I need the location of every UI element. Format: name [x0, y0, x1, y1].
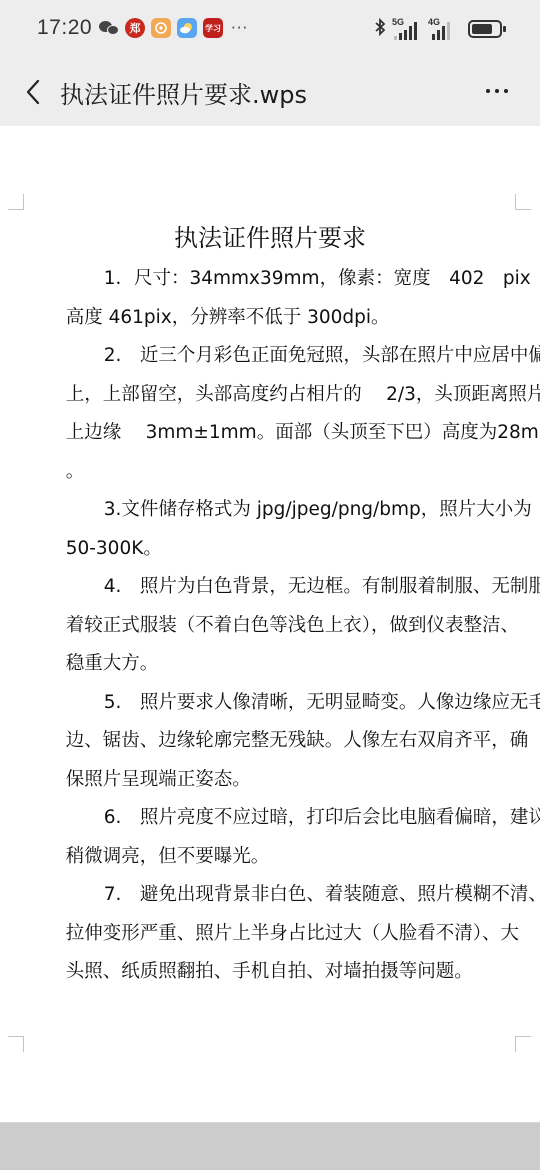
signal-5g-icon: 5G — [392, 18, 422, 40]
text-line: 。 — [25, 453, 517, 492]
more-options-button[interactable] — [480, 76, 514, 106]
orange-app-icon — [151, 18, 171, 38]
status-time: 17:20 — [37, 16, 92, 40]
text-line: 高度 461pix，分辨率不低于 300dpi。 — [25, 299, 517, 338]
paragraph-3: 3.文件储存格式为 jpg/jpeg/png/bmp，照片大小为 50-300K… — [25, 491, 517, 568]
text-line: 3.文件储存格式为 jpg/jpeg/png/bmp，照片大小为 — [25, 491, 517, 530]
more-dot — [504, 89, 508, 93]
page-gap-background — [0, 1122, 540, 1170]
text-line: 上边缘 3mm±1mm。面部（头顶至下巴）高度为28mm — [25, 414, 517, 453]
text-line: 边、锯齿、边缘轮廓完整无残缺。人像左右双肩齐平，确 — [25, 722, 517, 761]
more-horizontal-icon — [486, 89, 490, 93]
red-app-icon: 学习 — [203, 18, 223, 38]
paragraph-4: 4. 照片为白色背景，无边框。有制服着制服、无制服 着较正式服装（不着白色等浅色… — [25, 568, 517, 684]
text-line: 头照、纸质照翻拍、手机自拍、对墙拍摄等问题。 — [25, 953, 517, 992]
paragraph-7: 7. 避免出现背景非白色、着装随意、照片模糊不清、 拉伸变形严重、照片上半身占比… — [25, 876, 517, 992]
text-line: 6. 照片亮度不应过暗，打印后会比电脑看偏暗，建议 — [25, 799, 517, 838]
text-line: 5. 照片要求人像清晰，无明显畸变。人像边缘应无毛 — [25, 684, 517, 723]
text-line: 稍微调亮，但不要曝光。 — [25, 838, 517, 877]
text-line: 1．尺寸：34mmx39mm，像素：宽度 402 pix ， — [25, 260, 517, 299]
page-corner-mark-top-left — [8, 194, 24, 210]
signal-4g-icon: 4G — [428, 18, 458, 40]
more-dot — [495, 89, 499, 93]
paragraph-5: 5. 照片要求人像清晰，无明显畸变。人像边缘应无毛 边、锯齿、边缘轮廓完整无残缺… — [25, 684, 517, 800]
status-bar: 17:20 郑 学习 ··· 5G 4G — [0, 0, 540, 60]
battery-icon — [468, 20, 502, 38]
chevron-left-icon — [25, 78, 41, 106]
text-line: 7. 避免出现背景非白色、着装随意、照片模糊不清、 — [25, 876, 517, 915]
text-line: 拉伸变形严重、照片上半身占比过大（人脸看不清）、大 — [25, 915, 517, 954]
system-icons: 5G 4G — [374, 18, 502, 40]
page-corner-mark-bottom-right — [515, 1036, 531, 1052]
notification-icons: 郑 学习 ··· — [99, 18, 248, 38]
bluetooth-icon — [374, 18, 386, 40]
weather-icon — [177, 18, 197, 38]
app-header: 执法证件照片要求.wps — [0, 60, 540, 126]
more-notifications-icon: ··· — [231, 19, 248, 37]
page-corner-mark-bottom-left — [8, 1036, 24, 1052]
paragraph-6: 6. 照片亮度不应过暗，打印后会比电脑看偏暗，建议 稍微调亮，但不要曝光。 — [25, 799, 517, 876]
text-line: 稳重大方。 — [25, 645, 517, 684]
text-line: 2. 近三个月彩色正面免冠照，头部在照片中应居中偏 — [25, 337, 517, 376]
document-title: 执法证件照片要求 — [0, 218, 540, 253]
text-line: 上，上部留空，头部高度约占相片的 2/3，头顶距离照片 — [25, 376, 517, 415]
document-body: 1．尺寸：34mmx39mm，像素：宽度 402 pix ， 高度 461pix… — [25, 260, 517, 992]
paragraph-2: 2. 近三个月彩色正面免冠照，头部在照片中应居中偏 上，上部留空，头部高度约占相… — [25, 337, 517, 491]
page-corner-mark-top-right — [515, 194, 531, 210]
back-button[interactable] — [18, 74, 48, 110]
document-filename: 执法证件照片要求.wps — [60, 75, 307, 110]
text-line: 保照片呈现端正姿态。 — [25, 761, 517, 800]
text-line: 50-300K。 — [25, 530, 517, 569]
text-line: 4. 照片为白色背景，无边框。有制服着制服、无制服 — [25, 568, 517, 607]
wechat-icon — [99, 19, 119, 37]
paragraph-1: 1．尺寸：34mmx39mm，像素：宽度 402 pix ， 高度 461pix… — [25, 260, 517, 337]
text-line: 着较正式服装（不着白色等浅色上衣），做到仪表整洁、 — [25, 607, 517, 646]
zheng-app-icon: 郑 — [125, 18, 145, 38]
